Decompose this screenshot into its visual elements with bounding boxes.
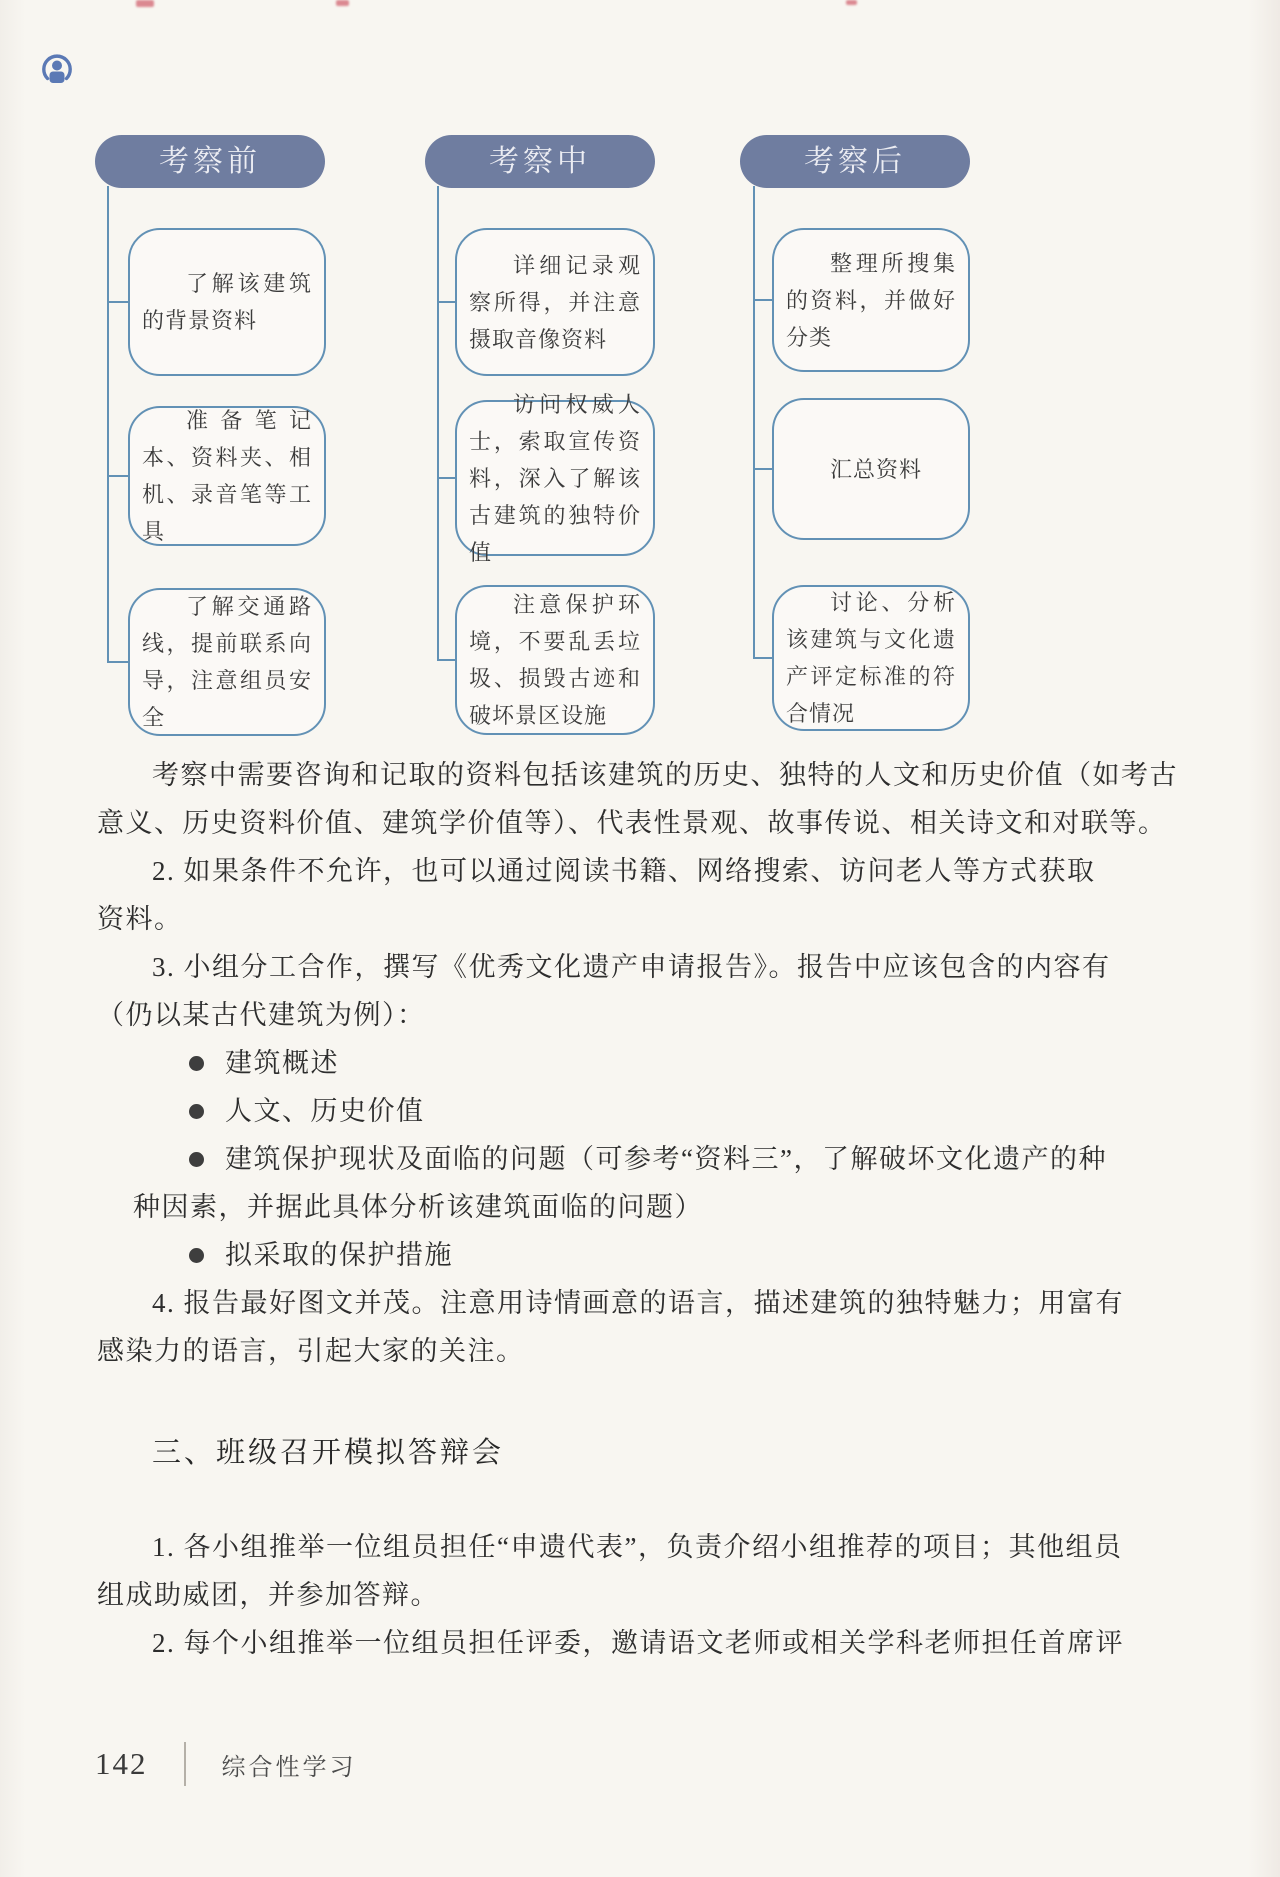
paragraph-line: 2. 如果条件不允许，也可以通过阅读书籍、网络搜索、访问老人等方式获取	[97, 847, 1197, 895]
connector-line	[437, 301, 455, 303]
connector-line	[753, 186, 755, 659]
paragraph-line: 感染力的语言，引起大家的关注。	[97, 1327, 1197, 1375]
column-header-before: 考察前	[95, 135, 325, 188]
bullet-item: 人文、历史价值	[97, 1087, 1197, 1135]
paragraph-line: （仍以某古代建筑为例）：	[97, 991, 1197, 1039]
flow-box: 整理所搜集的资料，并做好分类	[772, 228, 970, 372]
connector-line	[753, 299, 772, 301]
connector-line	[753, 468, 772, 470]
page-number: 142	[95, 1746, 148, 1782]
scan-artifact	[336, 0, 349, 6]
bullet-item-continuation: 种因素，并据此具体分析该建筑面临的问题）	[97, 1183, 1197, 1231]
page-footer: 142 综合性学习	[95, 1742, 357, 1786]
paragraph-line: 2. 每个小组推举一位组员担任评委，邀请语文老师或相关学科老师担任首席评	[97, 1619, 1197, 1667]
paragraph-line: 资料。	[97, 895, 1197, 943]
flow-box: 汇总资料	[772, 398, 970, 540]
footer-section-label: 综合性学习	[222, 1747, 357, 1782]
paragraph-line: 3. 小组分工合作，撰写《优秀文化遗产申请报告》。报告中应该包含的内容有	[97, 943, 1197, 991]
scan-artifact	[136, 0, 154, 7]
flow-box: 详细记录观察所得，并注意摄取音像资料	[455, 228, 655, 376]
paragraph-line: 4. 报告最好图文并茂。注意用诗情画意的语言，描述建筑的独特魅力；用富有	[97, 1279, 1197, 1327]
flow-box-text: 汇总资料	[786, 451, 956, 488]
connector-line	[107, 661, 128, 663]
connector-line	[753, 657, 772, 659]
column-header-during: 考察中	[425, 135, 655, 188]
flow-box: 访问权威人士，索取宣传资料，深入了解该古建筑的独特价值	[455, 400, 655, 556]
flow-box-text: 准备笔记本、资料夹、相机、录音笔等工具	[142, 402, 312, 550]
flow-box: 了解该建筑的背景资料	[128, 228, 326, 376]
flow-box-text: 注意保护环境，不要乱丢垃圾、损毁古迹和破坏景区设施	[469, 586, 641, 734]
flow-box: 注意保护环境，不要乱丢垃圾、损毁古迹和破坏景区设施	[455, 585, 655, 735]
body-text: 考察中需要咨询和记取的资料包括该建筑的历史、独特的人文和历史价值（如考古 意义、…	[97, 751, 1197, 1667]
column-header-after: 考察后	[740, 135, 970, 188]
connector-line	[107, 186, 109, 663]
connector-line	[437, 186, 439, 661]
bullet-item: 拟采取的保护措施	[97, 1231, 1197, 1279]
flow-box: 讨论、分析该建筑与文化遗产评定标准的符合情况	[772, 585, 970, 731]
paragraph-line: 组成助威团，并参加答辩。	[97, 1571, 1197, 1619]
flow-box-text: 了解交通路线，提前联系向导，注意组员安全	[142, 588, 312, 736]
flow-box-text: 详细记录观察所得，并注意摄取音像资料	[469, 247, 641, 358]
paragraph-line: 1. 各小组推举一位组员担任“申遗代表”，负责介绍小组推荐的项目；其他组员	[97, 1523, 1197, 1571]
section-heading: 三、班级召开模拟答辩会	[97, 1429, 1197, 1477]
flow-box: 准备笔记本、资料夹、相机、录音笔等工具	[128, 406, 326, 546]
connector-line	[107, 301, 128, 303]
paragraph-line: 考察中需要咨询和记取的资料包括该建筑的历史、独特的人文和历史价值（如考古	[97, 751, 1197, 799]
connector-line	[437, 659, 455, 661]
person-icon	[38, 50, 76, 88]
flow-box-text: 访问权威人士，索取宣传资料，深入了解该古建筑的独特价值	[469, 386, 641, 571]
connector-line	[437, 477, 455, 479]
connector-line	[107, 475, 128, 477]
flow-box-text: 整理所搜集的资料，并做好分类	[786, 245, 956, 356]
bullet-item: 建筑概述	[97, 1039, 1197, 1087]
flow-box: 了解交通路线，提前联系向导，注意组员安全	[128, 588, 326, 736]
textbook-page: 考察前 了解该建筑的背景资料 准备笔记本、资料夹、相机、录音笔等工具 了解交通路…	[0, 0, 1280, 1877]
scan-artifact	[846, 0, 857, 5]
flow-box-text: 讨论、分析该建筑与文化遗产评定标准的符合情况	[786, 584, 956, 732]
footer-divider	[184, 1742, 186, 1786]
bullet-item: 建筑保护现状及面临的问题（可参考“资料三”，了解破坏文化遗产的种	[97, 1135, 1197, 1183]
flow-box-text: 了解该建筑的背景资料	[142, 265, 312, 339]
paragraph-line: 意义、历史资料价值、建筑学价值等）、代表性景观、故事传说、相关诗文和对联等。	[97, 799, 1197, 847]
